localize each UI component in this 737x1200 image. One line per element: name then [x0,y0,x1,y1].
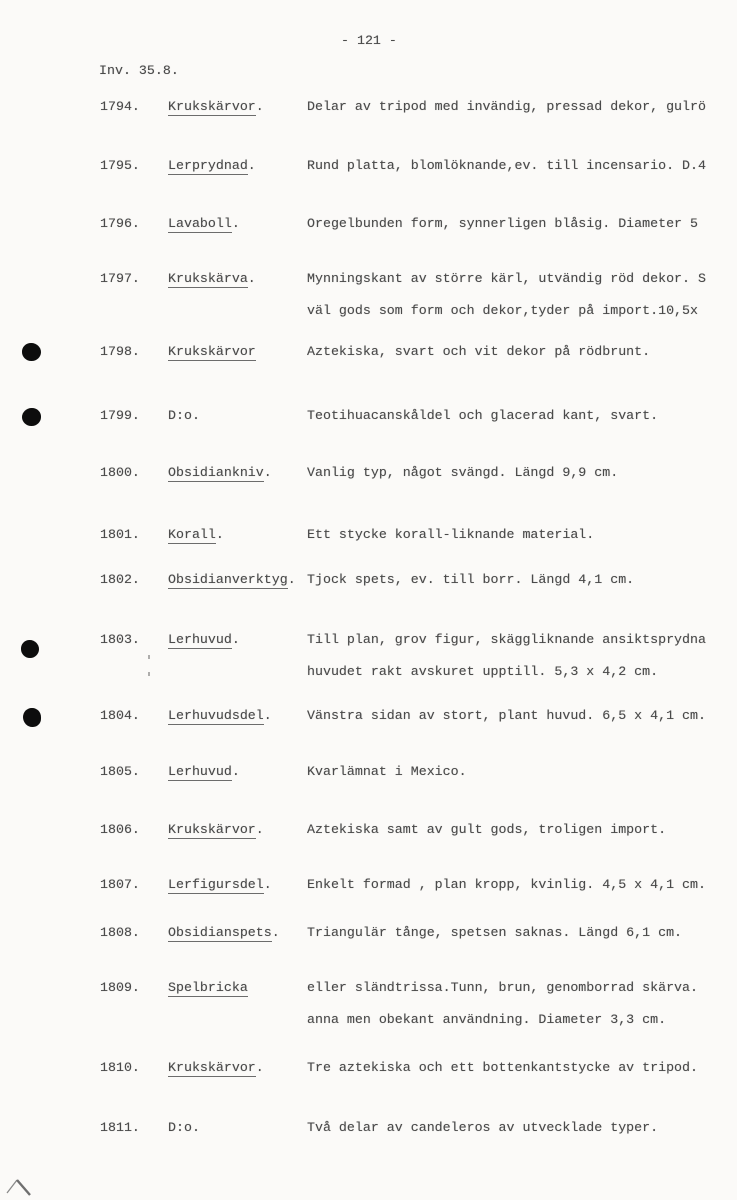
entry-object-name: Lerfigursdel. [168,876,307,893]
entry-number: 1794. [100,98,168,115]
table-row: 1806.Krukskärvor.Aztekiska samt av gult … [100,821,719,838]
punch-hole-mark [22,343,41,361]
entry-description: eller sländtrissa.Tunn, brun, genomborra… [307,979,719,1043]
entry-description: Aztekiska samt av gult gods, troligen im… [307,821,719,838]
entry-description: Teotihuacanskåldel och glacerad kant, sv… [307,407,719,424]
entry-object-name: Korall. [168,526,307,543]
table-row: 1803.Lerhuvud.Till plan, grov figur, skä… [100,631,719,695]
table-row: 1794.Krukskärvor.Delar av tripod med inv… [100,98,719,115]
entry-number: 1809. [100,979,168,996]
entry-description: Vänstra sidan av stort, plant huvud. 6,5… [307,707,719,724]
punch-hole-mark [23,708,41,727]
entry-number: 1804. [100,707,168,724]
table-row: 1795.Lerprydnad.Rund platta, blomlöknand… [100,157,719,174]
entry-object-name: Lerhuvud. [168,631,307,648]
entry-number: 1796. [100,215,168,232]
entry-description: Delar av tripod med invändig, pressad de… [307,98,719,115]
entry-object-name: Krukskärvor. [168,821,307,838]
entry-object-name: Krukskärvor [168,343,307,360]
entry-description: Mynningskant av större kärl, utvändig rö… [307,270,719,334]
punch-hole-mark [21,640,39,658]
entry-number: 1810. [100,1059,168,1076]
entry-description: Kvarlämnat i Mexico. [307,763,719,780]
entry-object-name: Krukskärvor. [168,1059,307,1076]
table-row: 1800.Obsidiankniv.Vanlig typ, något svän… [100,464,719,481]
entry-number: 1799. [100,407,168,424]
table-row: 1808.Obsidianspets.Triangulär tånge, spe… [100,924,719,941]
table-row: 1799.D:o.Teotihuacanskåldel och glacerad… [100,407,719,424]
pencil-check-mark [0,1168,42,1200]
entry-description: Till plan, grov figur, skäggliknande ans… [307,631,719,695]
entry-description: Tre aztekiska och ett bottenkantstycke a… [307,1059,719,1076]
entry-object-name: Krukskärva. [168,270,307,287]
entry-number: 1798. [100,343,168,360]
table-row: 1811.D:o.Två delar av candeleros av utve… [100,1119,719,1136]
entry-description: Vanlig typ, något svängd. Längd 9,9 cm. [307,464,719,481]
entry-description: Aztekiska, svart och vit dekor på rödbru… [307,343,719,360]
entry-number: 1801. [100,526,168,543]
table-row: 1809.Spelbrickaeller sländtrissa.Tunn, b… [100,979,719,1043]
entry-object-name: Obsidianspets. [168,924,307,941]
entry-object-name: Lerprydnad. [168,157,307,174]
entry-description: Rund platta, blomlöknande,ev. till incen… [307,157,719,174]
inventory-heading: Inv. 35.8. [99,62,179,79]
table-row: 1798.KrukskärvorAztekiska, svart och vit… [100,343,719,360]
entry-description: Enkelt formad , plan kropp, kvinlig. 4,5… [307,876,719,893]
scanned-document-page: - 121 - Inv. 35.8. 1794.Krukskärvor.Dela… [0,0,737,1200]
table-row: 1810.Krukskärvor.Tre aztekiska och ett b… [100,1059,719,1076]
entry-object-name: Lerhuvudsdel. [168,707,307,724]
table-row: 1807.Lerfigursdel.Enkelt formad , plan k… [100,876,719,893]
table-row: 1797.Krukskärva.Mynningskant av större k… [100,270,719,334]
table-row: 1796.Lavaboll.Oregelbunden form, synnerl… [100,215,719,232]
entry-description: Tjock spets, ev. till borr. Längd 4,1 cm… [307,571,719,588]
page-number: - 121 - [341,32,397,49]
entry-object-name: D:o. [168,407,307,424]
entry-number: 1807. [100,876,168,893]
entry-number: 1806. [100,821,168,838]
entry-description: Två delar av candeleros av utvecklade ty… [307,1119,719,1136]
entry-number: 1802. [100,571,168,588]
entry-object-name: Spelbricka [168,979,307,996]
entry-description: Triangulär tånge, spetsen saknas. Längd … [307,924,719,941]
entry-object-name: Lavaboll. [168,215,307,232]
table-row: 1805.Lerhuvud.Kvarlämnat i Mexico. [100,763,719,780]
entry-number: 1795. [100,157,168,174]
entry-object-name: Lerhuvud. [168,763,307,780]
entry-number: 1808. [100,924,168,941]
entry-object-name: Krukskärvor. [168,98,307,115]
entry-description: Oregelbunden form, synnerligen blåsig. D… [307,215,719,232]
table-row: 1802.Obsidianverktyg.Tjock spets, ev. ti… [100,571,719,588]
entry-number: 1811. [100,1119,168,1136]
table-row: 1801.Korall.Ett stycke korall-liknande m… [100,526,719,543]
entry-object-name: Obsidiankniv. [168,464,307,481]
table-row: 1804.Lerhuvudsdel.Vänstra sidan av stort… [100,707,719,724]
entry-number: 1803. [100,631,168,648]
entry-object-name: D:o. [168,1119,307,1136]
entry-object-name: Obsidianverktyg. [168,571,307,588]
entry-description: Ett stycke korall-liknande material. [307,526,719,543]
entry-number: 1800. [100,464,168,481]
entry-number: 1797. [100,270,168,287]
punch-hole-mark [22,408,41,426]
entry-number: 1805. [100,763,168,780]
